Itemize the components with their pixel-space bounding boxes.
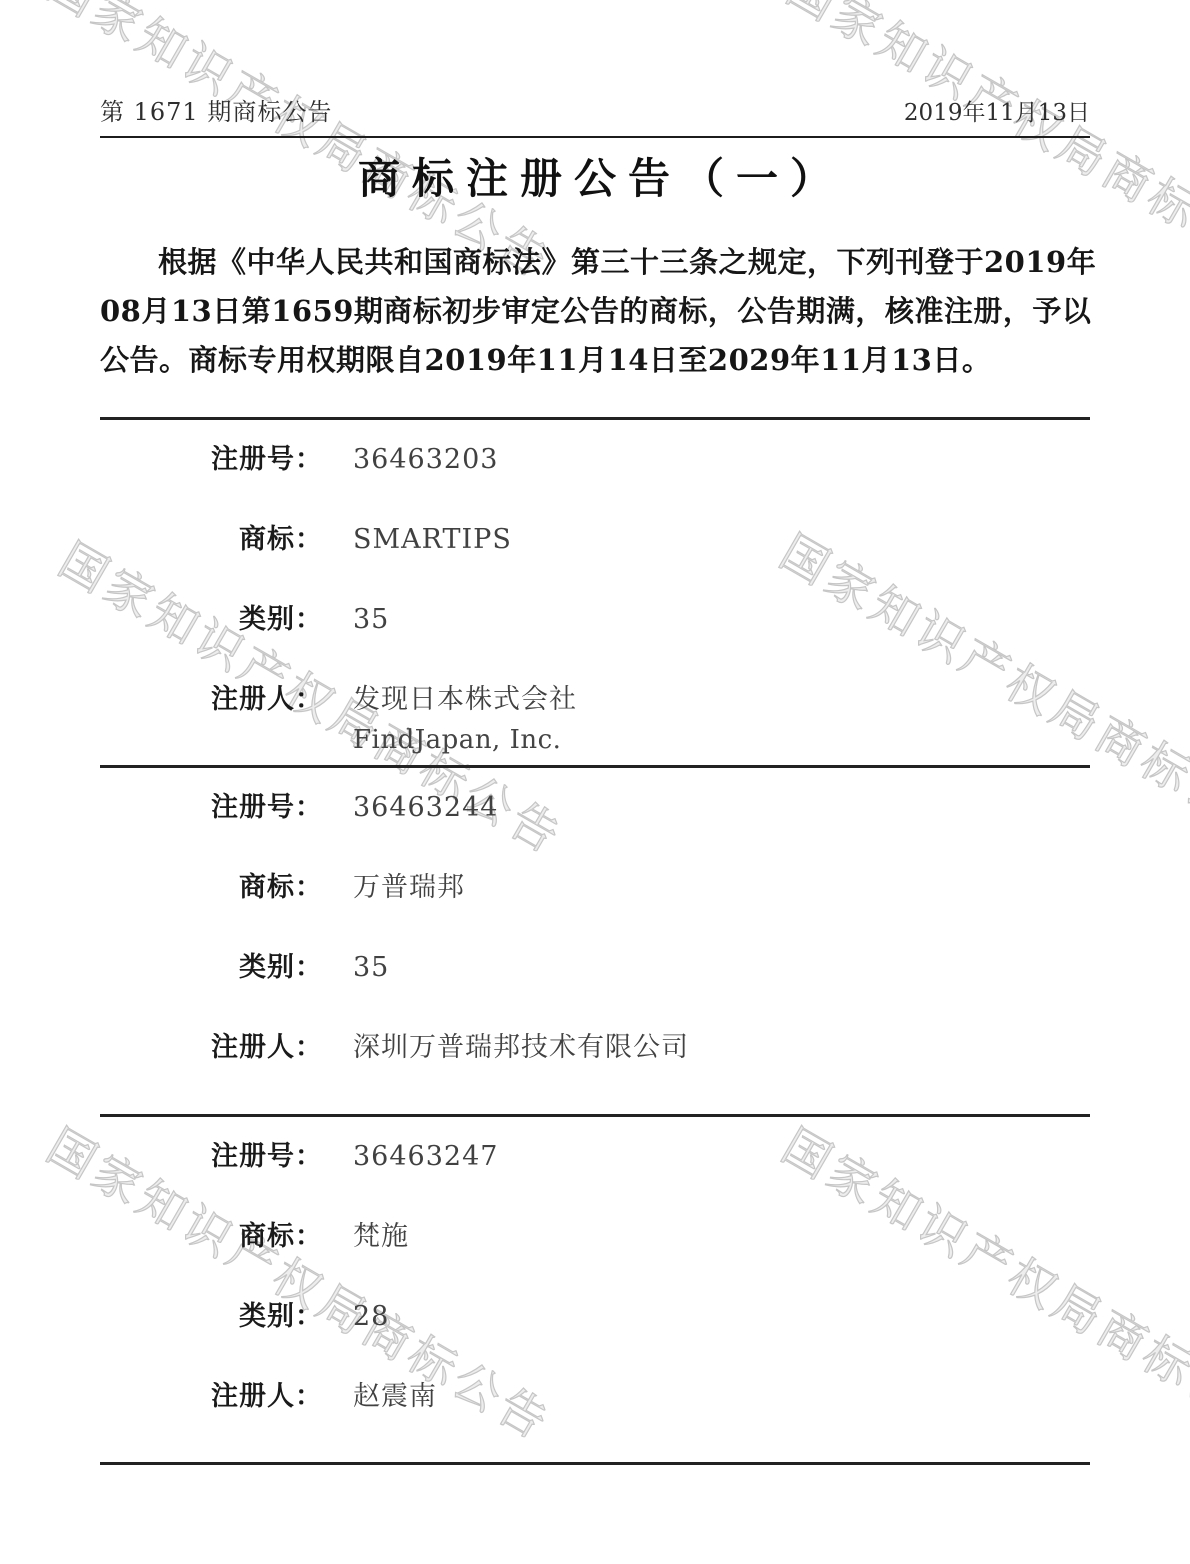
class-row: 类别： 28 (100, 1297, 1090, 1377)
class-label: 类别： (100, 948, 323, 988)
intro-line: 08月13日第1659期商标初步审定公告的商标，公告期满，核准注册，予以 (100, 287, 1090, 336)
reg-no-label: 注册号： (100, 440, 323, 480)
intro-paragraph: 根据《中华人民共和国商标法》第三十三条之规定，下列刊登于2019年 08月13日… (100, 238, 1090, 385)
class-value: 35 (353, 600, 389, 640)
trademark-row: 商标： SMARTIPS (100, 520, 1090, 600)
header-rule (100, 136, 1090, 138)
registrant-name-cn: 赵震南 (353, 1377, 437, 1417)
registrant-row: 注册人： 深圳万普瑞邦技术有限公司 (100, 1028, 1090, 1068)
trademark-label: 商标： (100, 868, 323, 908)
trademark-row: 商标： 梵施 (100, 1217, 1090, 1297)
trademark-entry: 注册号： 36463203 商标： SMARTIPS 类别： 35 注册人： 发… (100, 420, 1090, 760)
reg-no-value: 36463247 (353, 1137, 498, 1177)
reg-no-label: 注册号： (100, 1137, 323, 1177)
page-header: 第 1671 期商标公告 2019年11月13日 (100, 92, 1090, 127)
registrant-label: 注册人： (100, 1377, 323, 1417)
trademark-entry: 注册号： 36463247 商标： 梵施 类别： 28 注册人： 赵震南 (100, 1117, 1090, 1417)
issue-number: 第 1671 期商标公告 (100, 92, 332, 127)
reg-no-label: 注册号： (100, 788, 323, 828)
trademark-label: 商标： (100, 1217, 323, 1257)
intro-line: 根据《中华人民共和国商标法》第三十三条之规定，下列刊登于2019年 (100, 238, 1090, 287)
reg-no-row: 注册号： 36463244 (100, 788, 1090, 868)
reg-no-row: 注册号： 36463247 (100, 1137, 1090, 1217)
trademark-value: SMARTIPS (353, 520, 512, 560)
registrant-value: 发现日本株式会社 FindJapan, Inc. (353, 680, 577, 760)
reg-no-value: 36463244 (353, 788, 498, 828)
class-value: 28 (353, 1297, 389, 1337)
class-value: 35 (353, 948, 389, 988)
registrant-value: 深圳万普瑞邦技术有限公司 (353, 1028, 689, 1068)
trademark-value: 万普瑞邦 (353, 868, 465, 908)
trademark-entry: 注册号： 36463244 商标： 万普瑞邦 类别： 35 注册人： 深圳万普瑞… (100, 768, 1090, 1068)
trademark-value: 梵施 (353, 1217, 409, 1257)
registrant-name-en: FindJapan, Inc. (353, 720, 577, 760)
registrant-name-cn: 发现日本株式会社 (353, 680, 577, 720)
intro-line: 公告。商标专用权期限自2019年11月14日至2029年11月13日。 (100, 336, 1090, 385)
class-label: 类别： (100, 1297, 323, 1337)
reg-no-row: 注册号： 36463203 (100, 440, 1090, 520)
registrant-label: 注册人： (100, 680, 323, 720)
registrant-label: 注册人： (100, 1028, 323, 1068)
registrant-row: 注册人： 发现日本株式会社 FindJapan, Inc. (100, 680, 1090, 760)
registrant-name-cn: 深圳万普瑞邦技术有限公司 (353, 1028, 689, 1068)
registrant-value: 赵震南 (353, 1377, 437, 1417)
section-separator (100, 1462, 1090, 1465)
class-row: 类别： 35 (100, 948, 1090, 1028)
registrant-row: 注册人： 赵震南 (100, 1377, 1090, 1417)
page-title: 商标注册公告（一） (0, 146, 1190, 206)
gazette-page: 国家知识产权局商标公告 国家知识产权局商标公告 国家知识产权局商标公告 国家知识… (0, 0, 1190, 1564)
trademark-label: 商标： (100, 520, 323, 560)
trademark-row: 商标： 万普瑞邦 (100, 868, 1090, 948)
class-row: 类别： 35 (100, 600, 1090, 680)
reg-no-value: 36463203 (353, 440, 498, 480)
issue-date: 2019年11月13日 (904, 94, 1090, 127)
class-label: 类别： (100, 600, 323, 640)
